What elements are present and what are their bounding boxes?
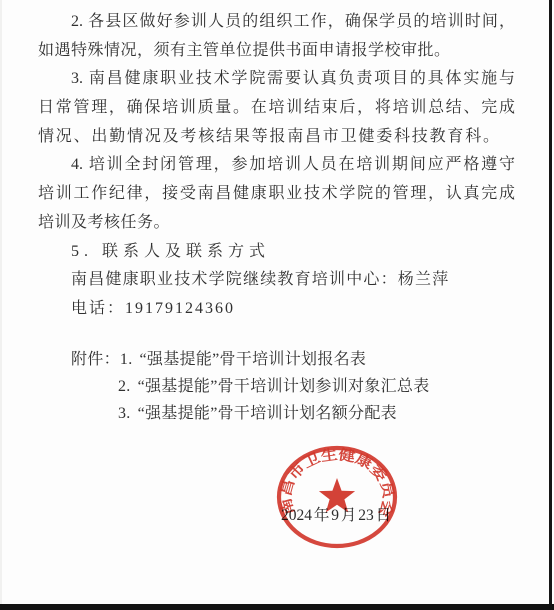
attachments-block: 附件：1.“强基提能”骨干培训计划报名表 2.“强基提能”骨干培训计划参训对象汇…: [38, 346, 515, 428]
attachment-2-number: 2.: [118, 378, 131, 395]
attachment-1-title: “强基提能”骨干培训计划报名表: [140, 351, 367, 368]
scan-right-edge: [549, 0, 552, 610]
para-3-line-2: 日常管理，确保培训质量。在培训结束后，将培训总结、完成: [38, 94, 515, 123]
attachment-3-number: 3.: [118, 405, 131, 422]
para-5-heading: 5. 联系人及联系方式: [38, 238, 515, 267]
attachment-line-3: 3.“强基提能”骨干培训计划名额分配表: [38, 400, 515, 427]
attachment-1-number: 1.: [120, 351, 133, 368]
para-2-line-2: 如遇特殊情况，须有主管单位提供书面申请报学校审批。: [38, 37, 515, 66]
attachment-line-2: 2.“强基提能”骨干培训计划参训对象汇总表: [38, 373, 515, 400]
para-4-line-3: 培训及考核任务。: [38, 209, 515, 238]
attachment-3-title: “强基提能”骨干培训计划名额分配表: [138, 405, 397, 422]
document-page: 2. 各县区做好参训人员的组织工作，确保学员的培训时间， 如遇特殊情况，须有主管…: [0, 0, 554, 610]
para-4-line-1: 4. 培训全封闭管理，参加培训人员在培训期间应严格遵守: [38, 151, 515, 180]
para-3-line-3: 情况、出勤情况及考核结果等报南昌市卫健委科技教育科。: [38, 123, 515, 152]
attachment-line-1: 附件：1.“强基提能”骨干培训计划报名表: [38, 346, 515, 373]
scan-left-edge: [0, 0, 2, 610]
contact-name-line: 南昌健康职业技术学院继续教育培训中心：杨兰萍: [38, 266, 515, 295]
para-3-line-1: 3. 南昌健康职业技术学院需要认真负责项目的具体实施与: [38, 65, 515, 94]
para-2-line-1: 2. 各县区做好参训人员的组织工作，确保学员的培训时间，: [38, 8, 515, 37]
attachment-2-title: “强基提能”骨干培训计划参训对象汇总表: [138, 378, 430, 395]
scan-bottom-edge: [0, 604, 554, 610]
contact-phone-line: 电话：19179124360: [38, 295, 515, 324]
document-body: 2. 各县区做好参训人员的组织工作，确保学员的培训时间， 如遇特殊情况，须有主管…: [38, 0, 515, 428]
official-seal-stamp: 南昌市卫生健康委员会: [274, 443, 402, 553]
star-icon: [319, 478, 355, 512]
attachments-label: 附件：: [71, 351, 120, 368]
para-4-line-2: 培训工作纪律，接受南昌健康职业技术学院的管理，认真完成: [38, 180, 515, 209]
